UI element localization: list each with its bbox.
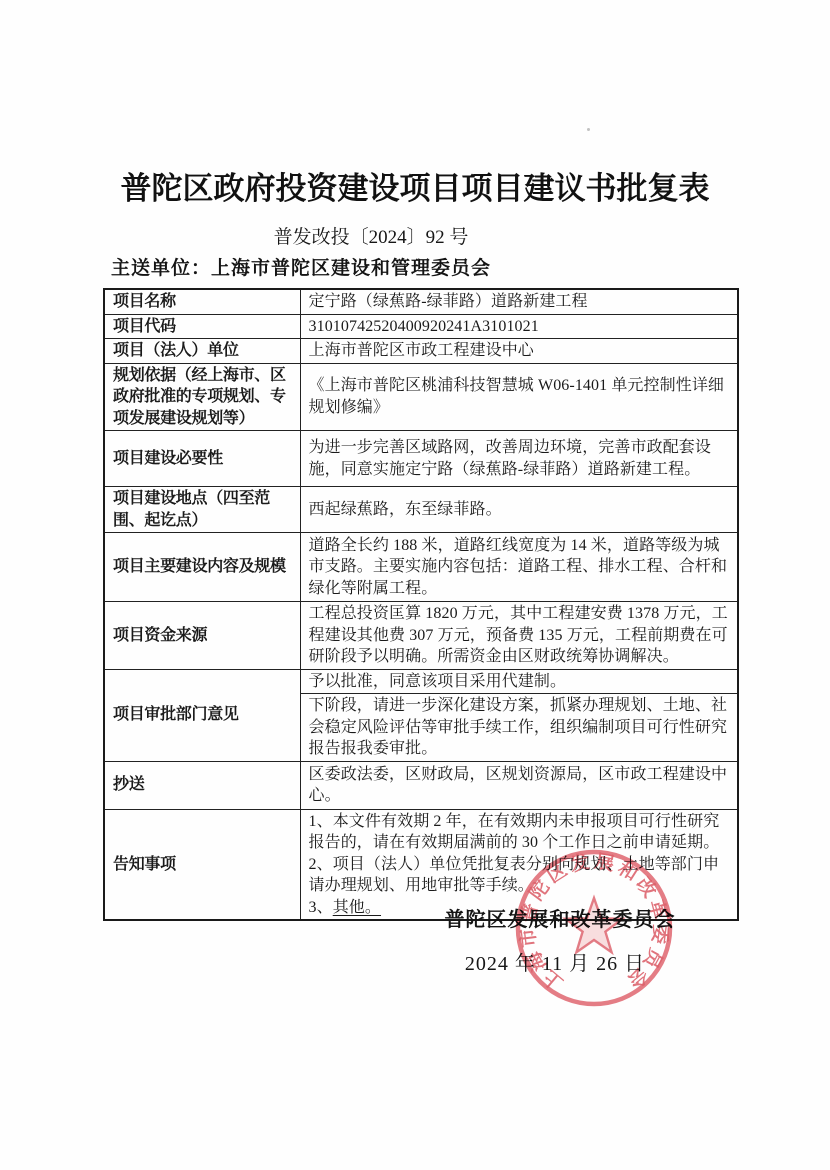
label-project-name: 项目名称 <box>104 289 300 314</box>
recipient-line: 主送单位：上海市普陀区建设和管理委员会 <box>111 253 491 280</box>
table-row: 项目建设地点（四至范围、起讫点） 西起绿蕉路，东至绿菲路。 <box>104 487 738 533</box>
label-planning-basis: 规划依据（经上海市、区政府批准的专项规划、专项发展建设规划等） <box>104 363 300 431</box>
label-legal-entity: 项目（法人）单位 <box>104 339 300 364</box>
value-planning-basis: 《上海市普陀区桃浦科技智慧城 W06-1401 单元控制性详细规划修编》 <box>300 363 738 431</box>
value-approval-opinion-1: 予以批准，同意该项目采用代建制。 <box>300 669 738 694</box>
table-row: 项目代码 31010742520400920241A3101021 <box>104 314 738 339</box>
label-scope-scale: 项目主要建设内容及规模 <box>104 533 300 602</box>
document-page: 普陀区政府投资建设项目项目建议书批复表 普发改投〔2024〕92 号 主送单位：… <box>0 0 830 1170</box>
value-approval-opinion-2: 下阶段，请进一步深化建设方案，抓紧办理规划、土地、社会稳定风险评估等审批手续工作… <box>300 694 738 762</box>
document-title: 普陀区政府投资建设项目项目建议书批复表 <box>0 163 830 208</box>
notice-item-1: 1、本文件有效期 2 年，在有效期内未申报项目可行性研究报告的，请在有效期届满前… <box>309 811 730 854</box>
table-row: 规划依据（经上海市、区政府批准的专项规划、专项发展建设规划等） 《上海市普陀区桃… <box>104 363 738 431</box>
table-row: 项目（法人）单位 上海市普陀区市政工程建设中心 <box>104 339 738 364</box>
label-cc: 抄送 <box>104 761 300 809</box>
label-project-code: 项目代码 <box>104 314 300 339</box>
value-cc: 区委政法委，区财政局，区规划资源局，区市政工程建设中心。 <box>300 761 738 809</box>
table-row: 项目审批部门意见 予以批准，同意该项目采用代建制。 <box>104 669 738 694</box>
value-location: 西起绿蕉路，东至绿菲路。 <box>300 487 738 533</box>
document-number: 普发改投〔2024〕92 号 <box>0 222 742 249</box>
label-funding-source: 项目资金来源 <box>104 602 300 670</box>
issuing-organization: 普陀区发展和改革委员会 <box>400 903 720 932</box>
issue-date: 2024 年 11 月 26 日 <box>400 947 710 976</box>
table-row: 项目建设必要性 为进一步完善区域路网，改善周边环境，完善市政配套设施，同意实施定… <box>104 431 738 487</box>
label-notices: 告知事项 <box>104 809 300 920</box>
notice-item-3-other: 其他。 <box>333 899 381 916</box>
approval-table: 项目名称 定宁路（绿蕉路-绿菲路）道路新建工程 项目代码 31010742520… <box>103 288 739 921</box>
table-row: 项目主要建设内容及规模 道路全长约 188 米，道路红线宽度为 14 米，道路等… <box>104 533 738 602</box>
table-row: 抄送 区委政法委，区财政局，区规划资源局，区市政工程建设中心。 <box>104 761 738 809</box>
label-approval-opinion: 项目审批部门意见 <box>104 669 300 761</box>
value-necessity: 为进一步完善区域路网，改善周边环境，完善市政配套设施，同意实施定宁路（绿蕉路-绿… <box>300 431 738 487</box>
value-project-name: 定宁路（绿蕉路-绿菲路）道路新建工程 <box>300 289 738 314</box>
value-project-code: 31010742520400920241A3101021 <box>300 314 738 339</box>
scan-speck <box>587 128 590 131</box>
label-location: 项目建设地点（四至范围、起讫点） <box>104 487 300 533</box>
value-funding-source: 工程总投资匡算 1820 万元，其中工程建安费 1378 万元，工程建设其他费 … <box>300 602 738 670</box>
notice-item-2: 2、项目（法人）单位凭批复表分别向规划、土地等部门申请办理规划、用地审批等手续。 <box>309 854 730 897</box>
value-scope-scale: 道路全长约 188 米，道路红线宽度为 14 米，道路等级为城市支路。主要实施内… <box>300 533 738 602</box>
table-row: 项目名称 定宁路（绿蕉路-绿菲路）道路新建工程 <box>104 289 738 314</box>
value-legal-entity: 上海市普陀区市政工程建设中心 <box>300 339 738 364</box>
label-necessity: 项目建设必要性 <box>104 431 300 487</box>
table-row: 项目资金来源 工程总投资匡算 1820 万元，其中工程建安费 1378 万元，工… <box>104 602 738 670</box>
